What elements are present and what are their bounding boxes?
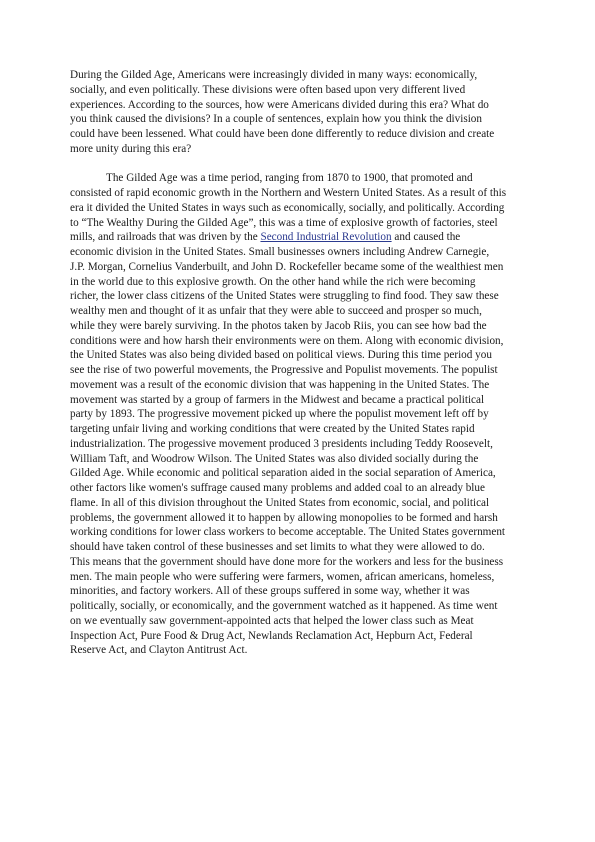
- essay-line: on we eventually saw government-appointe…: [70, 614, 528, 629]
- essay-line: richer, the lower class citizens of the …: [70, 289, 528, 304]
- essay-line-with-link: mills, and railroads that was driven by …: [70, 230, 528, 245]
- essay-text: mills, and railroads that was driven by …: [70, 231, 260, 243]
- essay-line: to “The Wealthy During the Gilded Age”, …: [70, 216, 528, 231]
- essay-line: This means that the government should ha…: [70, 555, 528, 570]
- essay-line: should have taken control of these busin…: [70, 540, 528, 555]
- assignment-prompt: During the Gilded Age, Americans were in…: [70, 68, 528, 157]
- essay-body: The Gilded Age was a time period, rangin…: [70, 171, 528, 658]
- essay-line: William Taft, and Woodrow Wilson. The Un…: [70, 452, 528, 467]
- essay-line: The Gilded Age was a time period, rangin…: [70, 171, 528, 186]
- essay-line: the United States was also being divided…: [70, 348, 528, 363]
- prompt-line: more unity during this era?: [70, 142, 528, 157]
- essay-line: era it divided the United States in ways…: [70, 201, 528, 216]
- essay-line: party by 1893. The progressive movement …: [70, 407, 528, 422]
- essay-line: targeting unfair living and working cond…: [70, 422, 528, 437]
- essay-line: movement was started by a group of farme…: [70, 393, 528, 408]
- essay-line: Gilded Age. While economic and political…: [70, 466, 528, 481]
- essay-line: Inspection Act, Pure Food & Drug Act, Ne…: [70, 629, 528, 644]
- second-industrial-revolution-link[interactable]: Second Industrial Revolution: [260, 231, 391, 243]
- prompt-line: socially, and even politically. These di…: [70, 83, 528, 98]
- essay-line: J.P. Morgan, Cornelius Vanderbuilt, and …: [70, 260, 528, 275]
- essay-line: wealthy men and thought of it as unfair …: [70, 304, 528, 319]
- essay-line: economic division in the United States. …: [70, 245, 528, 260]
- essay-line: industrialization. The progessive moveme…: [70, 437, 528, 452]
- prompt-line: experiences. According to the sources, h…: [70, 98, 528, 113]
- prompt-line: During the Gilded Age, Americans were in…: [70, 68, 528, 83]
- essay-line: politically, socially, or economically, …: [70, 599, 528, 614]
- essay-line: movement was a result of the economic di…: [70, 378, 528, 393]
- essay-line: problems, the government allowed it to h…: [70, 511, 528, 526]
- essay-line: working conditions for lower class worke…: [70, 525, 528, 540]
- prompt-line: could have been lessened. What could hav…: [70, 127, 528, 142]
- essay-line: flame. In all of this division throughou…: [70, 496, 528, 511]
- essay-line: while they were barely surviving. In the…: [70, 319, 528, 334]
- document-page: During the Gilded Age, Americans were in…: [70, 68, 528, 658]
- prompt-line: you think caused the divisions? In a cou…: [70, 112, 528, 127]
- essay-text: and caused the: [392, 231, 461, 243]
- essay-line: see the rise of two powerful movements, …: [70, 363, 528, 378]
- essay-line: men. The main people who were suffering …: [70, 570, 528, 585]
- essay-line: conditions were and how harsh their envi…: [70, 334, 528, 349]
- essay-line: consisted of rapid economic growth in th…: [70, 186, 528, 201]
- essay-line: other factors like women's suffrage caus…: [70, 481, 528, 496]
- essay-line: minorities, and factory workers. All of …: [70, 584, 528, 599]
- essay-line: in the world due to this explosive growt…: [70, 275, 528, 290]
- essay-line: Reserve Act, and Clayton Antitrust Act.: [70, 643, 528, 658]
